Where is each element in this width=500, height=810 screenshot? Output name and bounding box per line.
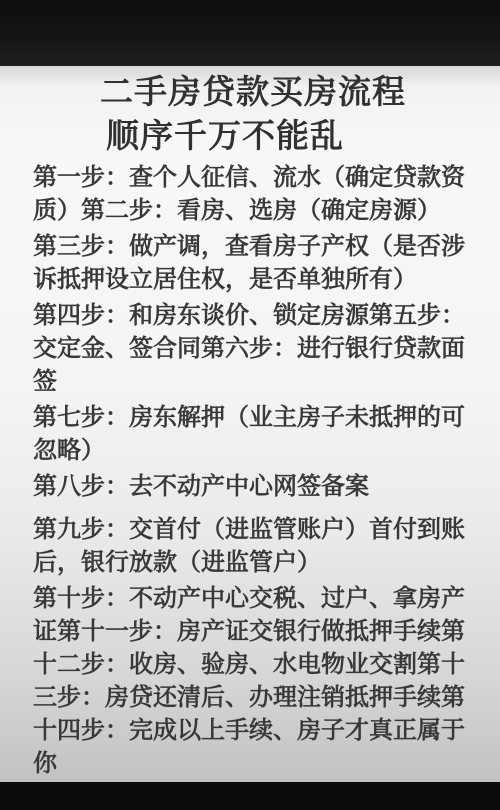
- steps-list: 第一步：查个人征信、流水（确定贷款资质）第二步：看房、选房（确定房源） 第三步：…: [33, 161, 473, 780]
- poster-subtitle: 顺序千万不能乱: [5, 114, 445, 158]
- poster-content: 二手房贷款买房流程 顺序千万不能乱 第一步：查个人征信、流水（确定贷款资质）第二…: [0, 66, 500, 782]
- step-paragraph: 第三步：做产调，查看房子产权（是否涉诉抵押设立居住权，是否单独所有）: [33, 230, 473, 296]
- poster-title: 二手房贷款买房流程: [33, 70, 473, 114]
- step-paragraph: 第九步：交首付（进监管账户）首付到账后，银行放款（进监管户）: [33, 513, 473, 579]
- step-paragraph: 第一步：查个人征信、流水（确定贷款资质）第二步：看房、选房（确定房源）: [33, 161, 473, 227]
- letterbox-bottom-bar: [0, 782, 500, 810]
- video-frame: 二手房贷款买房流程 顺序千万不能乱 第一步：查个人征信、流水（确定贷款资质）第二…: [0, 0, 500, 810]
- step-paragraph: 第八步：去不动产中心网签备案: [33, 470, 473, 503]
- letterbox-top-bar: [0, 0, 500, 66]
- step-paragraph: 第四步：和房东谈价、锁定房源第五步：交定金、签合同第六步：进行银行贷款面签: [33, 299, 473, 398]
- step-paragraph: 第七步：房东解押（业主房子未抵押的可忽略）: [33, 401, 473, 467]
- step-paragraph: 第十步：不动产中心交税、过户、拿房产证第十一步：房产证交银行做抵押手续第十二步：…: [33, 582, 473, 780]
